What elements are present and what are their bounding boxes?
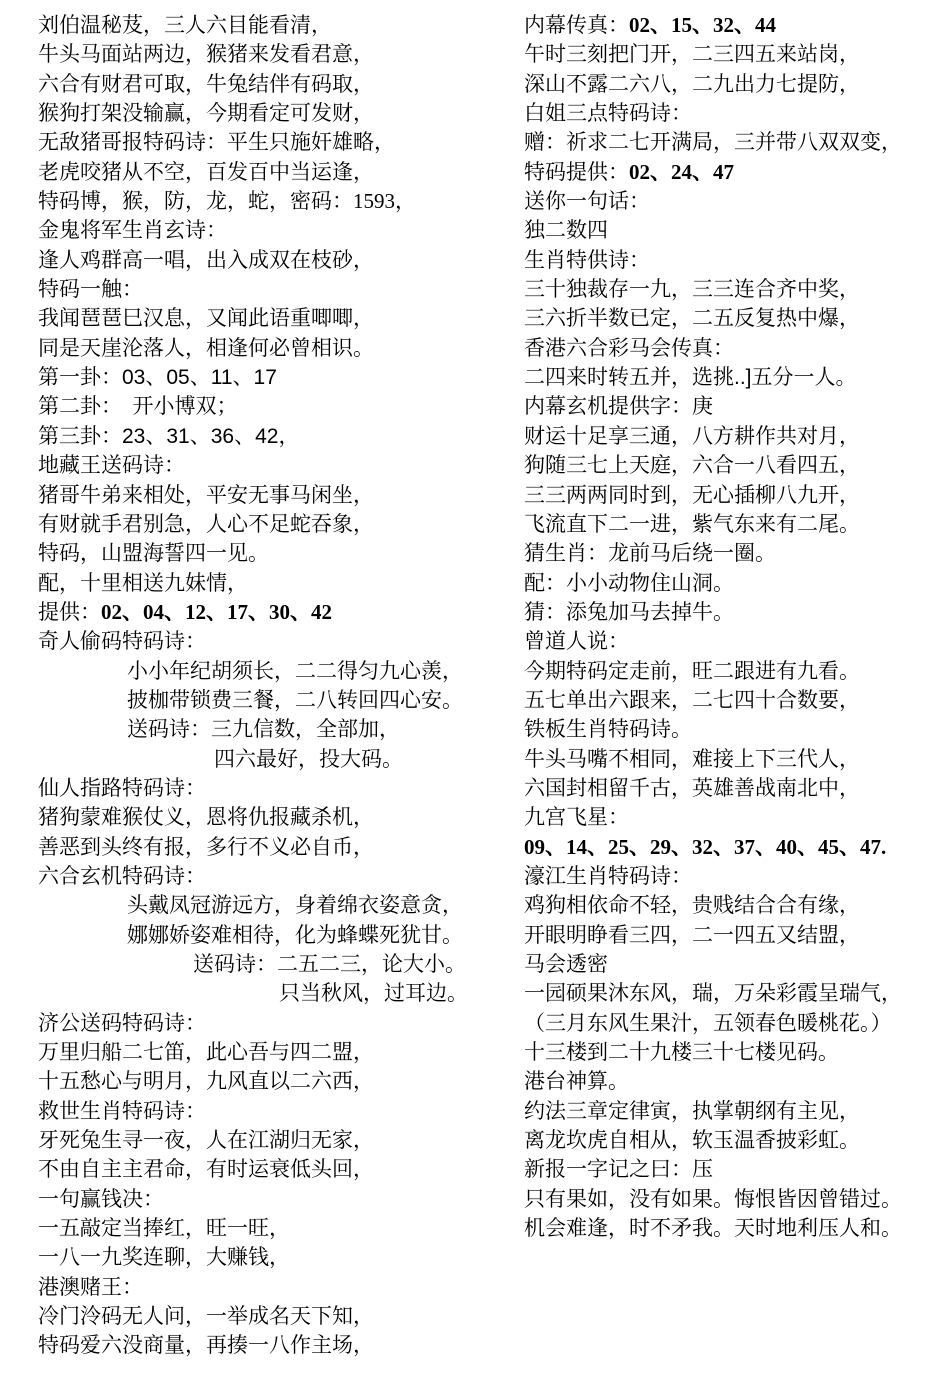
- text-line: 第三卦：23、31、36、42，: [38, 422, 518, 451]
- text-line: 逢人鸡群高一唱，出入成双在枝砂，: [38, 246, 518, 275]
- text-line: 猴狗打架没输赢，今期看定可发财，: [38, 99, 518, 128]
- text-segment: ，: [395, 190, 416, 213]
- text-segment: 09、14、25、29、32、37、40、45、47.: [524, 835, 886, 859]
- text-line: 三六折半数已定，二五反复热中爆，: [524, 304, 932, 333]
- text-line: 飞流直下二一进，紫气东来有二尾。: [524, 510, 932, 539]
- text-line: 配，十里相送九妹情，: [38, 569, 518, 598]
- text-segment: 第三卦：: [38, 425, 122, 448]
- text-segment: 生肖特供诗：: [524, 249, 650, 272]
- text-line: 六合有财君可取，牛兔结伴有码取，: [38, 70, 518, 99]
- text-segment: 万里归船二七笛，此心吾与四二盟，: [38, 1041, 374, 1064]
- text-line: 港澳赌王：: [38, 1273, 518, 1302]
- left-text-column: 刘伯温秘芨，三人六目能看清，牛头马面站两边，猴猪来发看君意，六合有财君可取，牛兔…: [38, 11, 518, 1361]
- text-line: 约法三章定律寅，执掌朝纲有主见，: [524, 1097, 932, 1126]
- text-line: 离龙坎虎自相从，软玉温香披彩虹。: [524, 1126, 932, 1155]
- text-segment: 六国封相留千古，英雄善战南北中，: [524, 777, 860, 800]
- text-line: 狗随三七上天庭，六合一八看四五，: [524, 451, 932, 480]
- right-text-column: 内幕传真：02、15、32、44午时三刻把门开，二三四五来站岗，深山不露二六八，…: [524, 11, 932, 1243]
- text-line: 财运十足享三通，八方耕作共对月，: [524, 422, 932, 451]
- text-segment: 23、31、36、42: [122, 425, 278, 448]
- text-line: 港台神算。: [524, 1067, 932, 1096]
- text-segment: 猴狗打架没输赢，今期看定可发财，: [38, 102, 374, 125]
- text-segment: 送你一句话：: [524, 190, 650, 213]
- text-segment: 02、24、47: [629, 160, 734, 184]
- text-line: 特码，山盟海誓四一见。: [38, 539, 518, 568]
- text-line: 09、14、25、29、32、37、40、45、47.: [524, 833, 932, 862]
- text-segment: 铁板生肖特码诗。: [524, 718, 692, 741]
- text-line: 三三两两同时到，无心插柳八九开，: [524, 481, 932, 510]
- text-segment: 三十独裁存一九，三三连合齐中奖，: [524, 278, 860, 301]
- text-segment: 内幕玄机提供字：庚: [524, 395, 713, 418]
- text-line: 牛头马面站两边，猴猪来发看君意，: [38, 40, 518, 69]
- text-segment: 三三两两同时到，无心插柳八九开，: [524, 484, 860, 507]
- text-line: 十三楼到二十九楼三十七楼见码。: [524, 1038, 932, 1067]
- text-segment: 救世生肖特码诗：: [38, 1100, 206, 1123]
- text-segment: 无敌猪哥报特码诗：平生只施奸雄略，: [38, 131, 395, 154]
- text-segment: 马会透密: [524, 953, 608, 976]
- text-segment: 财运十足享三通，八方耕作共对月，: [524, 425, 860, 448]
- text-segment: 九宫飞星：: [524, 806, 629, 829]
- text-segment: 配，十里相送九妹情，: [38, 572, 248, 595]
- text-segment: 配：小小动物住山洞。: [524, 572, 734, 595]
- text-line: 只有果如，没有如果。悔恨皆因曾错过。: [524, 1185, 932, 1214]
- text-segment: 三六折半数已定，二五反复热中爆，: [524, 307, 860, 330]
- text-segment: 鸡狗相依命不轻，贵贱结合合有缘，: [524, 894, 860, 917]
- text-segment: 香港六合彩马会传真：: [524, 337, 734, 360]
- text-segment: 港澳赌王：: [38, 1276, 143, 1299]
- text-segment: 小小年纪胡须长，二二得匀九心羡，: [127, 660, 463, 683]
- text-segment: 第一卦：: [38, 366, 122, 389]
- text-line: 铁板生肖特码诗。: [524, 715, 932, 744]
- text-line: 四六最好，投大码。: [38, 745, 518, 774]
- text-line: 第二卦： 开小博双；: [38, 392, 518, 421]
- text-segment: 老虎咬猪从不空，百发百中当运逢，: [38, 161, 374, 184]
- text-line: 小小年纪胡须长，二二得匀九心羡，: [38, 657, 518, 686]
- text-segment: 猜：添兔加马去掉牛。: [524, 601, 734, 624]
- text-segment: 今期特码定走前，旺二跟进有九看。: [524, 660, 860, 683]
- text-line: 二四来时转五并，选挑..]五分一人。: [524, 363, 932, 392]
- text-line: 一八一九奖连聊，大赚钱，: [38, 1243, 518, 1272]
- text-line: 机会难逢，时不矛我。天时地利压人和。: [524, 1214, 932, 1243]
- text-line: 赠：祈求二七开满局，三并带八双双变，: [524, 128, 932, 157]
- text-segment: 一园硕果沐东风，瑞，万朵彩霞呈瑞气，: [524, 982, 902, 1005]
- text-line: 午时三刻把门开，二三四五来站岗，: [524, 40, 932, 69]
- text-segment: 曾道人说：: [524, 630, 629, 653]
- text-line: （三月东风生果汁，五领春色暖桃花。）: [524, 1009, 932, 1038]
- text-segment: 独二数四: [524, 219, 608, 242]
- page: { "page": { "background": "#ffffff", "te…: [0, 0, 935, 1388]
- text-segment: 六合玄机特码诗：: [38, 865, 206, 888]
- text-segment: 六合有财君可取，牛兔结伴有码取，: [38, 73, 374, 96]
- text-segment: 02、04、12、17、30、42: [101, 600, 332, 624]
- text-line: 冷门泠码无人问，一举成名天下知，: [38, 1302, 518, 1331]
- text-segment: 十五愁心与明月，九风直以二六西，: [38, 1070, 374, 1093]
- text-segment: 飞流直下二一进，紫气东来有二尾。: [524, 513, 860, 536]
- text-segment: 03、05、11、17: [122, 366, 277, 389]
- text-segment: 五七单出六跟来，二七四十合数要，: [524, 689, 860, 712]
- text-line: 香港六合彩马会传真：: [524, 334, 932, 363]
- text-line: 六合玄机特码诗：: [38, 862, 518, 891]
- text-line: 九宫飞星：: [524, 803, 932, 832]
- text-segment: 奇人偷码特码诗：: [38, 630, 206, 653]
- text-segment: 深山不露二六八，二九出力七提防，: [524, 73, 860, 96]
- text-segment: 冷门泠码无人问，一举成名天下知，: [38, 1305, 374, 1328]
- text-segment: 港台神算。: [524, 1070, 629, 1093]
- text-segment: 特码提供：: [524, 161, 629, 184]
- text-segment: 同是天崖沦落人，相逢何必曾相识。: [38, 337, 374, 360]
- text-segment: 十三楼到二十九楼三十七楼见码。: [524, 1041, 839, 1064]
- text-line: 配：小小动物住山洞。: [524, 569, 932, 598]
- text-segment: 新报一字记之曰：压: [524, 1158, 713, 1181]
- text-line: 濠江生肖特码诗：: [524, 862, 932, 891]
- text-line: 猪哥牛弟来相处，平安无事马闲坐，: [38, 481, 518, 510]
- text-segment: 我闻琶琶巳汉息，又闻此语重唧唧，: [38, 307, 374, 330]
- text-segment: 地藏王送码诗：: [38, 454, 185, 477]
- text-segment: 约法三章定律寅，执掌朝纲有主见，: [524, 1100, 860, 1123]
- text-line: 牛头马嘴不相同，难接上下三代人，: [524, 745, 932, 774]
- text-segment: 送码诗：二五二三，论大小。: [193, 953, 466, 976]
- text-line: 老虎咬猪从不空，百发百中当运逢，: [38, 158, 518, 187]
- text-line: 仙人指路特码诗：: [38, 774, 518, 803]
- text-segment: 一句赢钱决：: [38, 1188, 164, 1211]
- text-segment: （三月东风生果汁，五领春色暖桃花。）: [524, 1012, 892, 1035]
- text-line: 马会透密: [524, 950, 932, 979]
- text-segment: 午时三刻把门开，二三四五来站岗，: [524, 43, 860, 66]
- text-line: 猜生肖：龙前马后绕一圈。: [524, 539, 932, 568]
- text-line: 深山不露二六八，二九出力七提防，: [524, 70, 932, 99]
- text-line: 地藏王送码诗：: [38, 451, 518, 480]
- text-line: 内幕玄机提供字：庚: [524, 392, 932, 421]
- text-segment: 济公送码特码诗：: [38, 1012, 206, 1035]
- text-segment: 刘伯温秘芨，三人六目能看清，: [38, 14, 332, 37]
- text-segment: 猜生肖：龙前马后绕一圈。: [524, 542, 776, 565]
- text-line: 三十独裁存一九，三三连合齐中奖，: [524, 275, 932, 304]
- text-line: 一园硕果沐东风，瑞，万朵彩霞呈瑞气，: [524, 979, 932, 1008]
- text-segment: 濠江生肖特码诗：: [524, 865, 692, 888]
- text-line: 提供：02、04、12、17、30、42: [38, 598, 518, 627]
- text-segment: ，: [278, 425, 299, 448]
- text-line: 牙死兔生寻一夜，人在江湖归无家，: [38, 1126, 518, 1155]
- text-segment: 猪哥牛弟来相处，平安无事马闲坐，: [38, 484, 374, 507]
- text-line: 送码诗：二五二三，论大小。: [38, 950, 518, 979]
- text-line: 奇人偷码特码诗：: [38, 627, 518, 656]
- text-segment: 一五敲定当捧红，旺一旺，: [38, 1217, 290, 1240]
- text-segment: 牙死兔生寻一夜，人在江湖归无家，: [38, 1129, 374, 1152]
- text-segment: 特码一触：: [38, 278, 143, 301]
- text-segment: 只有果如，没有如果。悔恨皆因曾错过。: [524, 1188, 902, 1211]
- text-segment: 披枷带锁费三餐，二八转回四心安。: [127, 689, 463, 712]
- text-line: 万里归船二七笛，此心吾与四二盟，: [38, 1038, 518, 1067]
- text-segment: 提供：: [38, 601, 101, 624]
- text-line: 救世生肖特码诗：: [38, 1097, 518, 1126]
- text-segment: 白姐三点特码诗：: [524, 102, 692, 125]
- text-segment: 机会难逢，时不矛我。天时地利压人和。: [524, 1217, 902, 1240]
- text-segment: 离龙坎虎自相从，软玉温香披彩虹。: [524, 1129, 860, 1152]
- text-segment: 狗随三七上天庭，六合一八看四五，: [524, 454, 860, 477]
- text-segment: 逢人鸡群高一唱，出入成双在枝砂，: [38, 249, 374, 272]
- text-segment: 内幕传真：: [524, 14, 629, 37]
- text-line: 有财就手君别急，人心不足蛇吞象，: [38, 510, 518, 539]
- text-line: 六国封相留千古，英雄善战南北中，: [524, 774, 932, 803]
- text-segment: 特码博，猴，防，龙，蛇，密码：: [38, 190, 353, 213]
- text-line: 五七单出六跟来，二七四十合数要，: [524, 686, 932, 715]
- text-line: 特码提供：02、24、47: [524, 158, 932, 187]
- text-line: 一五敲定当捧红，旺一旺，: [38, 1214, 518, 1243]
- text-segment: 有财就手君别急，人心不足蛇吞象，: [38, 513, 374, 536]
- text-line: 内幕传真：02、15、32、44: [524, 11, 932, 40]
- text-line: 特码一触：: [38, 275, 518, 304]
- text-line: 鸡狗相依命不轻，贵贱结合合有缘，: [524, 891, 932, 920]
- text-segment: 头戴凤冠游远方，身着绵衣姿意贪，: [127, 894, 463, 917]
- text-segment: 猪狗蒙难猴仗义，恩将仇报藏杀机，: [38, 806, 374, 829]
- text-line: 头戴凤冠游远方，身着绵衣姿意贪，: [38, 891, 518, 920]
- text-line: 十五愁心与明月，九风直以二六西，: [38, 1067, 518, 1096]
- text-line: 第一卦：03、05、11、17: [38, 363, 518, 392]
- text-segment: 四六最好，投大码。: [214, 748, 403, 771]
- text-line: 特码爱六没商量，再揍一八作主场，: [38, 1331, 518, 1360]
- text-segment: 只当秋风，过耳边。: [279, 982, 468, 1005]
- text-line: 我闻琶琶巳汉息，又闻此语重唧唧，: [38, 304, 518, 333]
- text-line: 同是天崖沦落人，相逢何必曾相识。: [38, 334, 518, 363]
- text-segment: 特码，山盟海誓四一见。: [38, 542, 269, 565]
- text-line: 曾道人说：: [524, 627, 932, 656]
- text-segment: 金鬼将军生肖玄诗：: [38, 219, 227, 242]
- text-line: 新报一字记之曰：压: [524, 1155, 932, 1184]
- text-line: 猜：添兔加马去掉牛。: [524, 598, 932, 627]
- text-line: 刘伯温秘芨，三人六目能看清，: [38, 11, 518, 40]
- text-segment: 牛头马嘴不相同，难接上下三代人，: [524, 748, 860, 771]
- text-line: 善恶到头终有报，多行不义必自币，: [38, 833, 518, 862]
- text-line: 一句赢钱决：: [38, 1185, 518, 1214]
- text-line: 送码诗：三九信数，全部加，: [38, 715, 518, 744]
- text-segment: 1593: [353, 189, 395, 213]
- text-segment: 开眼明睁看三四，二一四五又结盟，: [524, 924, 860, 947]
- text-line: 特码博，猴，防，龙，蛇，密码：1593，: [38, 187, 518, 216]
- text-line: 无敌猪哥报特码诗：平生只施奸雄略，: [38, 128, 518, 157]
- text-line: 白姐三点特码诗：: [524, 99, 932, 128]
- text-segment: 仙人指路特码诗：: [38, 777, 206, 800]
- text-line: 生肖特供诗：: [524, 246, 932, 275]
- text-segment: 赠：祈求二七开满局，三并带八双双变，: [524, 131, 902, 154]
- text-segment: 牛头马面站两边，猴猪来发看君意，: [38, 43, 374, 66]
- text-segment: 二四来时转五并，选挑..]五分一人。: [524, 366, 857, 389]
- text-segment: 一八一九奖连聊，大赚钱，: [38, 1246, 290, 1269]
- text-line: 送你一句话：: [524, 187, 932, 216]
- text-segment: 送码诗：三九信数，全部加，: [127, 718, 400, 741]
- text-line: 只当秋风，过耳边。: [38, 979, 518, 1008]
- text-line: 今期特码定走前，旺二跟进有九看。: [524, 657, 932, 686]
- text-segment: 02、15、32、44: [629, 13, 776, 37]
- text-segment: 第二卦： 开小博双；: [38, 395, 238, 418]
- text-segment: 不由自主主君命，有时运衰低头回，: [38, 1158, 374, 1181]
- text-segment: 善恶到头终有报，多行不义必自币，: [38, 836, 374, 859]
- text-line: 猪狗蒙难猴仗义，恩将仇报藏杀机，: [38, 803, 518, 832]
- text-segment: 特码爱六没商量，再揍一八作主场，: [38, 1334, 374, 1357]
- text-line: 金鬼将军生肖玄诗：: [38, 216, 518, 245]
- text-segment: 娜娜娇姿难相待，化为蜂蝶死犹甘。: [127, 924, 463, 947]
- text-line: 开眼明睁看三四，二一四五又结盟，: [524, 921, 932, 950]
- text-line: 独二数四: [524, 216, 932, 245]
- text-line: 披枷带锁费三餐，二八转回四心安。: [38, 686, 518, 715]
- text-line: 济公送码特码诗：: [38, 1009, 518, 1038]
- text-line: 不由自主主君命，有时运衰低头回，: [38, 1155, 518, 1184]
- text-line: 娜娜娇姿难相待，化为蜂蝶死犹甘。: [38, 921, 518, 950]
